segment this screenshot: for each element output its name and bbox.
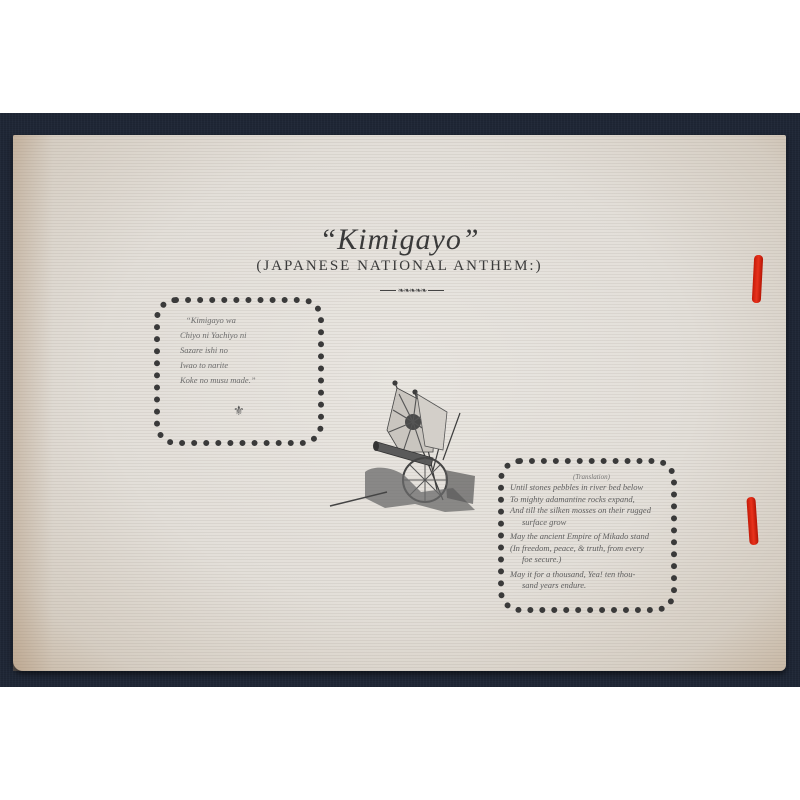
lyric-line: Iwao to narite [180,358,256,373]
divider-ornament: ❧❧❧❧❧ [398,286,427,295]
romaji-lyrics: “Kimigayo wa Chiyo ni Yachiyo ni Sazare … [180,313,256,388]
translation-line: To mighty adamantine rocks expand, [510,494,651,506]
translation-lines: Until stones pebbles in river bed below … [510,482,651,592]
translation-line: foe secure.) [510,554,651,566]
ornamental-divider-icon: ❧❧❧❧❧ [362,286,462,294]
translation-line: Until stones pebbles in river bed below [510,482,651,494]
translation-heading: (Translation) [573,473,610,481]
page-title: “Kimigayo” [13,223,786,257]
divider-line [428,290,444,291]
lyric-line: Koke no musu made.” [180,373,256,388]
translation-line: And till the silken mosses on their rugg… [510,505,651,517]
translation-line: (In freedom, peace, & truth, from every [510,543,651,555]
translation-line: surface grow [510,517,651,529]
lyric-line: Chiyo ni Yachiyo ni [180,328,256,343]
flags-and-cannon-icon [325,380,485,520]
translation-line: May the ancient Empire of Mikado stand [510,531,651,543]
red-binding-ribbon-bottom [746,497,758,546]
page-subtitle: (JAPANESE NATIONAL ANTHEM:) [13,258,786,275]
lyric-line: “Kimigayo wa [180,313,256,328]
fleur-de-lis-icon: ⚜ [233,403,245,419]
divider-line [380,290,396,291]
anthem-card: “Kimigayo” (JAPANESE NATIONAL ANTHEM:) ❧… [13,135,786,671]
lyric-line: Sazare ishi no [180,343,256,358]
translation-line: May it for a thousand, Yea! ten thou- [510,569,651,581]
red-binding-ribbon-top [752,255,763,303]
translation-line: sand years endure. [510,580,651,592]
